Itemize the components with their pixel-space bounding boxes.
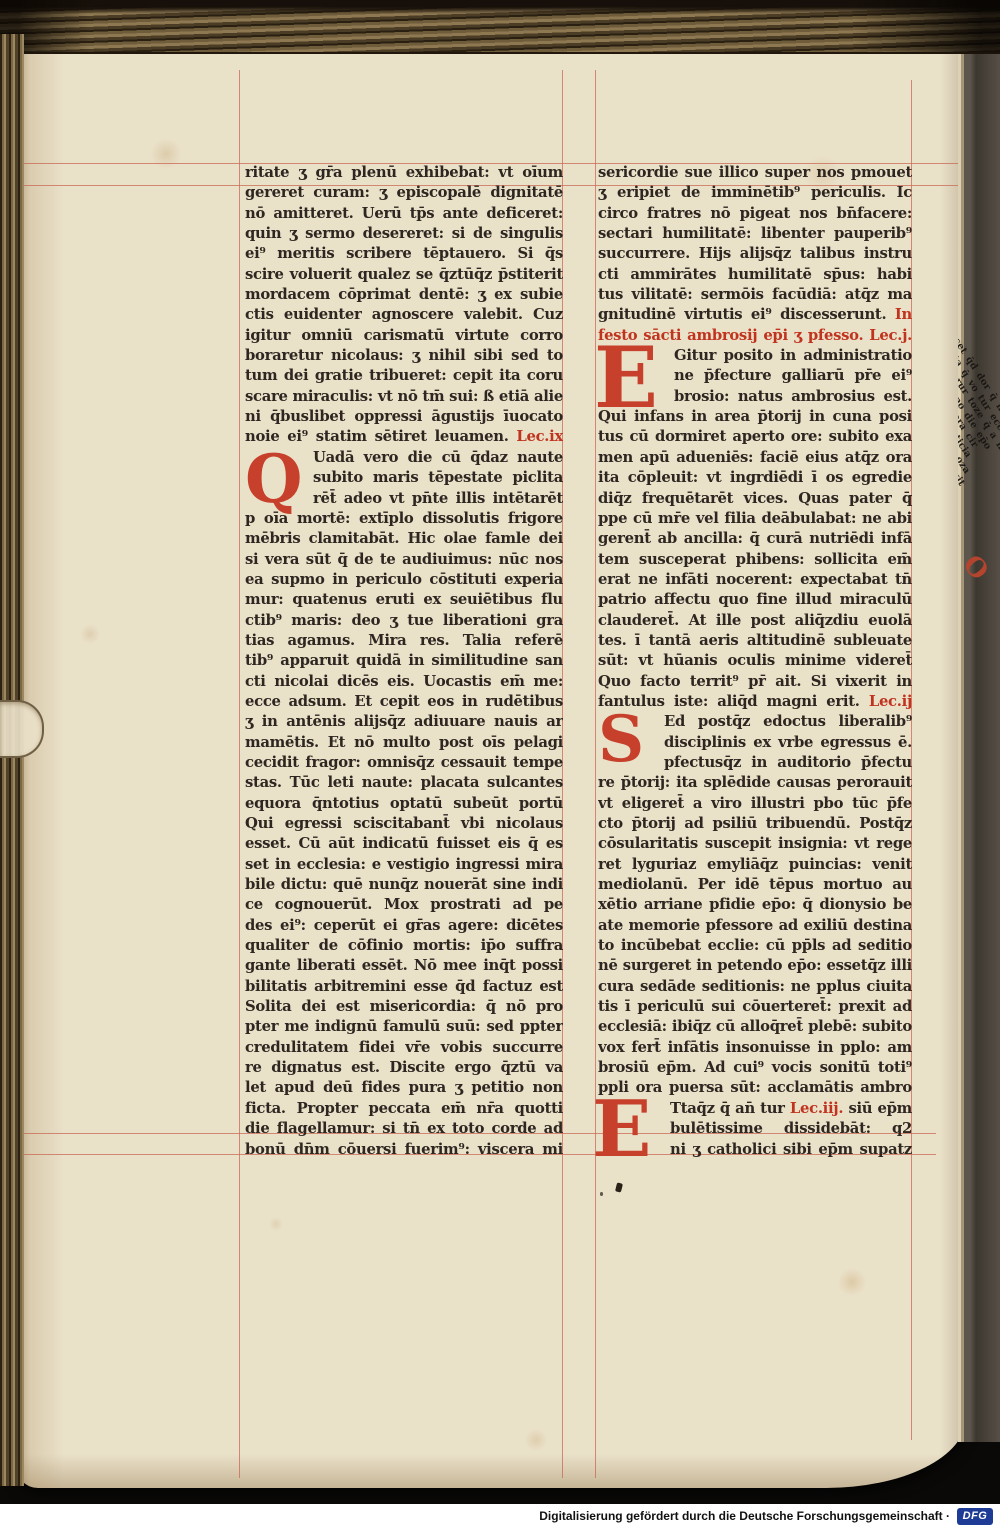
illuminated-initial: E <box>592 1097 651 1163</box>
body-text: sūt: vt hūanis oculis minime videret̄ <box>598 652 912 669</box>
rubric-text: In <box>895 306 912 323</box>
body-text: igitur omniū carismatū virtute corro <box>245 327 563 344</box>
text-line: ctib⁹ maris: deo ʒ tue liberationi gra <box>245 611 563 631</box>
text-line: brosio: natus ambrosius est. <box>674 387 912 407</box>
text-line: esset. Cū aūt indicatū fuisset eis q̄ es <box>245 834 563 854</box>
text-line: ita cōpleuit: vt ingrdiēdi ī os egredie <box>598 468 912 488</box>
text-line: boraretur nicolaus: ʒ nihil sibi sed to <box>245 346 563 366</box>
text-line: xētio arriane pfidie ep̄o: q̄ dionysio b… <box>598 895 912 915</box>
body-text: Uadā vero die cū q̄daz naute <box>313 449 563 466</box>
text-line: mediolanū. Per idē tēpus mortuo au <box>598 875 912 895</box>
text-line: sericordie sue illico super nos pmouet <box>598 163 912 183</box>
body-text: cti nicolai dicēs eis. Uocastis em̄ me: <box>245 673 563 690</box>
body-text: subito maris tēpestate piclita <box>313 469 563 486</box>
body-text: ni ʒ catholici sibi ep̄m supatz al <box>670 1141 912 1160</box>
paragraph: QUadā vero die cū q̄daz nautesubito mari… <box>245 448 563 1160</box>
text-line: ce cognouerūt. Mox prostrati ad pe <box>245 895 563 915</box>
body-text: bilitatis arbitremini esse q̄d factuz es… <box>245 978 563 995</box>
body-text: ecce adsum. Et cepit eos in rudētibus <box>245 693 563 710</box>
body-text: tes. ī tantā aeris altitudinē subleuate <box>598 632 912 649</box>
body-text: cecidit fragor: omnisq̄z cessauit tempe <box>245 754 563 771</box>
dfg-logo: DFG <box>957 1508 993 1525</box>
body-text: scare miraculis: vt nō tm̄ sui: ß etiā a… <box>245 388 563 405</box>
body-text: bulētissime dissidebāt: q2 arria <box>670 1120 912 1139</box>
body-text: ne p̄fecture galliarū pr̄e ei⁹ am <box>674 367 912 386</box>
text-line: cti nicolai dicēs eis. Uocastis em̄ me: <box>245 672 563 692</box>
text-line: credulitatem fidei vr̄e vobis succurre <box>245 1038 563 1058</box>
text-line: Gitur posito in administratio <box>674 346 912 366</box>
body-text: ei⁹ meritis scribere tēptauero. Si q̄s <box>245 245 563 262</box>
body-text: diq̄z frequētarēt vices. Quas pater q̄ <box>598 490 912 507</box>
text-line: set in ecclesia: e vestigio ingressi mir… <box>245 855 563 875</box>
text-line: Ed postq̄z edoctus liberalib⁹ <box>664 712 912 732</box>
book-spine-gutter <box>0 34 24 1486</box>
text-line: diq̄z frequētarēt vices. Quas pater q̄ <box>598 489 912 509</box>
text-line: clauderet̄. At ille post aliq̄zdiu euolā <box>598 611 912 631</box>
text-line: Qui egressi sciscitabant̄ vbi nicolaus <box>245 814 563 834</box>
body-text: ret lyguriaz emyliāq̄z puincias: venit <box>598 856 912 873</box>
text-line: tem susceperat phibens: sollicita em̄ <box>598 550 912 570</box>
body-text: ficta. Propter peccata em̄ nr̄a quotti <box>245 1100 563 1117</box>
text-line: ate memorie pfessore ad exiliū destina <box>598 916 912 936</box>
text-line: gerent̄ ab ancilla: q̄ curā nutriēdi inf… <box>598 529 912 549</box>
text-line: stas. Tūc leti naute: placata sulcantes <box>245 773 563 793</box>
body-text: tias agamus. Mira res. Talia referē <box>245 632 563 649</box>
text-line: re dignatus est. Discite ergo q̄ztū va <box>245 1058 563 1078</box>
text-line: ficta. Propter peccata em̄ nr̄a quotti <box>245 1099 563 1119</box>
text-line: erat ne infāti nocerent: expectabat tn̄ <box>598 570 912 590</box>
text-line: sectari humilitatē: libenter pauperib⁹ <box>598 224 912 244</box>
text-line: si vera sūt q̄ de te audiuimus: nūc nos <box>245 550 563 570</box>
body-text: Ttaq̄z q̄ an̄ tur <box>670 1100 790 1117</box>
text-line: nō amitteret. Uerū tp̄s ante deficeret: <box>245 204 563 224</box>
dfg-attribution-text: Digitalisierung gefördert durch die Deut… <box>539 1509 950 1523</box>
body-text: gante liberati essēt. Nō mee inq̄t possi <box>245 957 563 974</box>
body-text: pter me indignū famulū suū: sed ppter <box>245 1018 563 1035</box>
body-text: siū ep̄m <box>843 1100 912 1117</box>
body-text: ʒ in antēnis alijsq̄z adiuuare nauis ar <box>245 713 563 730</box>
text-line: ea supmo in periculo cōstituti experia <box>245 570 563 590</box>
text-line: cura sedāde seditionis: ne pplus ciuita <box>598 977 912 997</box>
text-line: Ttaq̄z q̄ an̄ tur Lec.iij. siū ep̄m <box>670 1099 912 1119</box>
text-line: sūt: vt hūanis oculis minime videret̄ <box>598 651 912 671</box>
text-line: vt eligeret̄ a viro illustri pbo tūc p̄f… <box>598 794 912 814</box>
text-line: quin ʒ sermo desereret: si de singulis <box>245 224 563 244</box>
fore-edge-facing-page: tur ecclia no die ep̄o leticia cum ā p̄d… <box>958 48 1000 1442</box>
body-text: re dignatus est. Discite ergo q̄ztū va <box>245 1059 563 1076</box>
body-text: sectari humilitatē: libenter pauperib⁹ <box>598 225 912 242</box>
body-text: stas. Tūc leti naute: placata sulcantes <box>245 774 563 791</box>
book-top-edge <box>0 0 1000 54</box>
text-line: pter me indignū famulū suū: sed ppter <box>245 1017 563 1037</box>
illuminated-initial: S <box>598 713 644 767</box>
illuminated-initial: Q <box>245 451 302 507</box>
text-line: ʒ in antēnis alijsq̄z adiuuare nauis ar <box>245 712 563 732</box>
paragraph: sericordie sue illico super nos pmouetʒ … <box>598 163 912 346</box>
text-line: equora q̄ntotius optatū subeūt portū <box>245 794 563 814</box>
text-line: mamētis. Et nō multo post oīs pelagi <box>245 733 563 753</box>
text-line: gnitudinē virtutis ei⁹ discesserunt. In <box>598 305 912 325</box>
text-line: patrio affectu quo fine illud miraculū <box>598 590 912 610</box>
text-line: succurrere. Hijs alijsq̄z talibus instru <box>598 244 912 264</box>
body-text: Solita dei est misericordia: q̄ nō pro <box>245 998 563 1015</box>
body-text: ppe cū mr̄e vel filia deābulabat: ne abi <box>598 510 912 527</box>
text-line: ppe cū mr̄e vel filia deābulabat: ne abi <box>598 509 912 529</box>
text-line: gereret curam: ʒ episcopalē dignitatē <box>245 183 563 203</box>
text-line: bile dictu: quē nunq̄z nouerāt sine indi <box>245 875 563 895</box>
paragraph: ETtaq̄z q̄ an̄ tur Lec.iij. siū ep̄mbulē… <box>598 1099 912 1160</box>
text-line: mur: quatenus eruti ex seuiētibus flu <box>245 590 563 610</box>
body-text: mur: quatenus eruti ex seuiētibus flu <box>245 591 563 608</box>
right-text-column: sericordie sue illico super nos pmouetʒ … <box>598 163 912 1160</box>
body-text: scire voluerit qualez se q̄ztūq̄z p̄stit… <box>245 266 563 283</box>
body-text: cto p̄torij ad psiliū tribuendū. Postq̄z <box>598 815 912 832</box>
text-line: ctis euidenter agnoscere valebit. Cuz <box>245 305 563 325</box>
text-line: fantulus iste: aliq̄d magni erit. Lec.ij <box>598 692 912 712</box>
body-text: ni q̄buslibet oppressi āgustijs īuocato <box>245 408 563 425</box>
text-line: die flagellamur: si tn̄ ex toto corde ad <box>245 1119 563 1139</box>
body-text: tus cū dormiret aperto ore: subito exa <box>598 428 912 445</box>
body-text: clauderet̄. At ille post aliq̄zdiu euolā <box>598 612 912 629</box>
digitization-banner: Digitalisierung gefördert durch die Deut… <box>0 1504 1000 1528</box>
text-line: disciplinis ex vrbe egressus ē. <box>664 733 912 753</box>
text-line: tes. ī tantā aeris altitudinē subleuate <box>598 631 912 651</box>
body-text: circo fratres nō pigeat nos bn̄facere: <box>598 205 912 222</box>
body-text: mediolanū. Per idē tēpus mortuo au <box>598 876 912 893</box>
text-line: scire voluerit qualez se q̄ztūq̄z p̄stit… <box>245 265 563 285</box>
body-text: ʒ eripiet de imminētib⁹ periculis. Ic <box>598 184 912 201</box>
text-line: mordacem cōprimat dentē: ʒ ex subie <box>245 285 563 305</box>
body-text: gereret curam: ʒ episcopalē dignitatē <box>245 184 563 201</box>
body-text: die flagellamur: si tn̄ ex toto corde ad <box>245 1120 563 1137</box>
body-text: mamētis. Et nō multo post oīs pelagi <box>245 734 563 751</box>
text-line: pfectusq̄z in auditorio p̄fectu <box>664 753 912 773</box>
body-text: credulitatem fidei vr̄e vobis succurre <box>245 1039 563 1056</box>
text-line: ni ʒ catholici sibi ep̄m supatz al <box>670 1140 912 1160</box>
text-line: ne p̄fecture galliarū pr̄e ei⁹ am <box>674 366 912 386</box>
text-line: mēbris clamitabāt. Hic olae famle dei <box>245 529 563 549</box>
facing-page-text: tur ecclia no die ep̄o leticia cum ā p̄d… <box>958 88 1000 763</box>
body-text: patrio affectu quo fine illud miraculū <box>598 591 912 608</box>
body-text: gnitudinē virtutis ei⁹ discesserunt. <box>598 306 895 323</box>
text-line: des ei⁹: ceperūt ei gr̄as agere: dicētes <box>245 916 563 936</box>
rubric-text: Lec.ix <box>516 428 563 445</box>
paragraph: SEd postq̄z edoctus liberalib⁹disciplini… <box>598 712 912 1099</box>
body-text: tib⁹ apparuit quidā in similitudine san <box>245 652 563 669</box>
text-line: cōsularitatis suscepit insignia: vt rege <box>598 834 912 854</box>
text-line: ecclesiā: ibiq̄z cū alloq̄ret̄ plebē: su… <box>598 1017 912 1037</box>
text-line: Uadā vero die cū q̄daz naute <box>313 448 563 468</box>
body-text: Qui egressi sciscitabant̄ vbi nicolaus <box>245 815 563 832</box>
text-line: ei⁹ meritis scribere tēptauero. Si q̄s <box>245 244 563 264</box>
body-text: mordacem cōprimat dentē: ʒ ex subie <box>245 286 563 303</box>
text-line: tus vilitatē: sermōis facūdiā: atq̄z ma <box>598 285 912 305</box>
body-text: ctib⁹ maris: deo ʒ tue liberationi gra <box>245 612 563 629</box>
body-text: cōsularitatis suscepit insignia: vt rege <box>598 835 912 852</box>
body-text: vt eligeret̄ a viro illustri pbo tūc p̄f… <box>598 795 912 812</box>
body-text: sericordie sue illico super nos pmouet <box>598 164 912 181</box>
text-line: ecce adsum. Et cepit eos in rudētibus <box>245 692 563 712</box>
text-line: vox fert̄ infātis insonuisse in pplo: am <box>598 1038 912 1058</box>
body-text: disciplinis ex vrbe egressus ē. <box>664 734 912 751</box>
body-text: boraretur nicolaus: ʒ nihil sibi sed to <box>245 347 563 364</box>
text-line: tis ī periculū sui cōuerteret̄: prexit a… <box>598 997 912 1017</box>
paragraph: ritate ʒ gr̄a plenū exhibebat: vt oīumge… <box>245 163 563 448</box>
body-text: pfectusq̄z in auditorio p̄fectu <box>664 754 912 771</box>
rubric-text: Lec.iij. <box>790 1100 843 1117</box>
text-line: rēt̄ adeo vt pn̄te illis intētarēt <box>313 489 563 509</box>
body-text: men apū adueniēs: faciē eius atq̄z ora <box>598 449 912 466</box>
text-line: ret lyguriaz emyliāq̄z puincias: venit <box>598 855 912 875</box>
body-text: gerent̄ ab ancilla: q̄ curā nutriēdi inf… <box>598 530 912 547</box>
body-text: cti ammirātes humilitatē sp̄us: habi <box>598 266 912 283</box>
body-text: equora q̄ntotius optatū subeūt portū <box>245 795 563 812</box>
text-line: tus cū dormiret aperto ore: subito exa <box>598 427 912 447</box>
body-text: erat ne infāti nocerent: expectabat tn̄ <box>598 571 912 588</box>
text-line: cto p̄torij ad psiliū tribuendū. Postq̄z <box>598 814 912 834</box>
body-text: rēt̄ adeo vt pn̄te illis intētarēt <box>313 490 563 507</box>
text-line: circo fratres nō pigeat nos bn̄facere: <box>598 204 912 224</box>
body-text: Gitur posito in administratio <box>674 347 912 364</box>
text-line: brosiū ep̄m. Ad cui⁹ vocis sonitū toti⁹ <box>598 1058 912 1078</box>
facing-page-initial: O <box>958 550 994 587</box>
body-text: ctis euidenter agnoscere valebit. Cuz <box>245 306 563 323</box>
body-text: re p̄torij: ita splēdide causas peroraui… <box>598 774 912 791</box>
body-text: bonū dn̄m cōuersi fuerim⁹: viscera mi <box>245 1141 563 1158</box>
body-text: bile dictu: quē nunq̄z nouerāt sine indi <box>245 876 563 893</box>
body-text: brosiū ep̄m. Ad cui⁹ vocis sonitū toti⁹ <box>598 1059 912 1076</box>
body-text: tis ī periculū sui cōuerteret̄: prexit a… <box>598 998 912 1015</box>
body-text: let apud deū fides pura ʒ petitio non <box>245 1079 563 1096</box>
body-text: nō amitteret. Uerū tp̄s ante deficeret: <box>245 205 563 222</box>
body-text: cura sedāde seditionis: ne pplus ciuita <box>598 978 912 995</box>
paragraph: EGitur posito in administratione p̄fectu… <box>598 346 912 712</box>
body-text: nē surgeret in petendo ep̄o: essetq̄z il… <box>598 957 912 974</box>
text-line: cti ammirātes humilitatē sp̄us: habi <box>598 265 912 285</box>
body-text: tus vilitatē: sermōis facūdiā: atq̄z ma <box>598 286 912 303</box>
body-text: vox fert̄ infātis insonuisse in pplo: am <box>598 1039 912 1056</box>
text-line: let apud deū fides pura ʒ petitio non <box>245 1078 563 1098</box>
text-line: qualiter de cōfinio mortis: ip̄o suffra <box>245 936 563 956</box>
body-text: qualiter de cōfinio mortis: ip̄o suffra <box>245 937 563 954</box>
text-line: men apū adueniēs: faciē eius atq̄z ora <box>598 448 912 468</box>
text-line: cecidit fragor: omnisq̄z cessauit tempe <box>245 753 563 773</box>
body-text: si vera sūt q̄ de te audiuimus: nūc nos <box>245 551 563 568</box>
text-line: scare miraculis: vt nō tm̄ sui: ß etiā a… <box>245 387 563 407</box>
body-text: Quo facto territ⁹ pr̄ ait. Si vixerit in <box>598 673 912 690</box>
ruling-line-vertical-1 <box>239 70 240 1478</box>
text-line: ritate ʒ gr̄a plenū exhibebat: vt oīum <box>245 163 563 183</box>
body-text: mēbris clamitabāt. Hic olae famle dei <box>245 530 563 547</box>
body-text: quin ʒ sermo desereret: si de singulis <box>245 225 563 242</box>
body-text: des ei⁹: ceperūt ei gr̄as agere: dicētes <box>245 917 563 934</box>
body-text: ate memorie pfessore ad exiliū destina <box>598 917 912 934</box>
text-line: tib⁹ apparuit quidā in similitudine san <box>245 651 563 671</box>
text-line: tum dei gratie tribueret: cepit ita coru <box>245 366 563 386</box>
text-line: bulētissime dissidebāt: q2 arria <box>670 1119 912 1139</box>
text-line: Quo facto territ⁹ pr̄ ait. Si vixerit in <box>598 672 912 692</box>
body-text: ita cōpleuit: vt ingrdiēdi ī os egredie <box>598 469 912 486</box>
text-line: ni q̄buslibet oppressi āgustijs īuocato <box>245 407 563 427</box>
body-text: set in ecclesia: e vestigio ingressi mir… <box>245 856 563 873</box>
illuminated-initial: E <box>594 342 658 413</box>
text-line: subito maris tēpestate piclita <box>313 468 563 488</box>
text-line: tias agamus. Mira res. Talia referē <box>245 631 563 651</box>
digitized-manuscript-scan: ritate ʒ gr̄a plenū exhibebat: vt oīumge… <box>0 0 1000 1528</box>
text-line: igitur omniū carismatū virtute corro <box>245 326 563 346</box>
text-line: bilitatis arbitremini esse q̄d factuz es… <box>245 977 563 997</box>
text-line: to incūbebat ecclie: cū pp̄ls ad seditio <box>598 936 912 956</box>
body-text: tum dei gratie tribueret: cepit ita coru <box>245 367 563 384</box>
rubric-text: Lec.ij <box>869 693 912 710</box>
text-line: ʒ eripiet de imminētib⁹ periculis. Ic <box>598 183 912 203</box>
body-text: ritate ʒ gr̄a plenū exhibebat: vt oīum <box>245 164 563 181</box>
body-text: brosio: natus ambrosius est. <box>674 388 912 405</box>
body-text: xētio arriane pfidie ep̄o: q̄ dionysio b… <box>598 896 912 913</box>
body-text: esset. Cū aūt indicatū fuisset eis q̄ es <box>245 835 563 852</box>
text-line: Solita dei est misericordia: q̄ nō pro <box>245 997 563 1017</box>
body-text: to incūbebat ecclie: cū pp̄ls ad seditio <box>598 937 912 954</box>
body-text: ea supmo in periculo cōstituti experia <box>245 571 563 588</box>
body-text: Ed postq̄z edoctus liberalib⁹ <box>664 713 912 730</box>
body-text: tem susceperat phibens: sollicita em̄ <box>598 551 912 568</box>
text-line: re p̄torij: ita splēdide causas peroraui… <box>598 773 912 793</box>
text-line: nē surgeret in petendo ep̄o: essetq̄z il… <box>598 956 912 976</box>
body-text: succurrere. Hijs alijsq̄z talibus instru <box>598 245 912 262</box>
ink-speck <box>600 1192 603 1196</box>
text-line: bonū dn̄m cōuersi fuerim⁹: viscera mi <box>245 1140 563 1160</box>
left-text-column: ritate ʒ gr̄a plenū exhibebat: vt oīumge… <box>245 163 563 1160</box>
body-text: ecclesiā: ibiq̄z cū alloq̄ret̄ plebē: su… <box>598 1018 912 1035</box>
text-line: gante liberati essēt. Nō mee inq̄t possi <box>245 956 563 976</box>
body-text: ce cognouerūt. Mox prostrati ad pe <box>245 896 563 913</box>
ruling-line-vertical-3 <box>595 70 596 1478</box>
